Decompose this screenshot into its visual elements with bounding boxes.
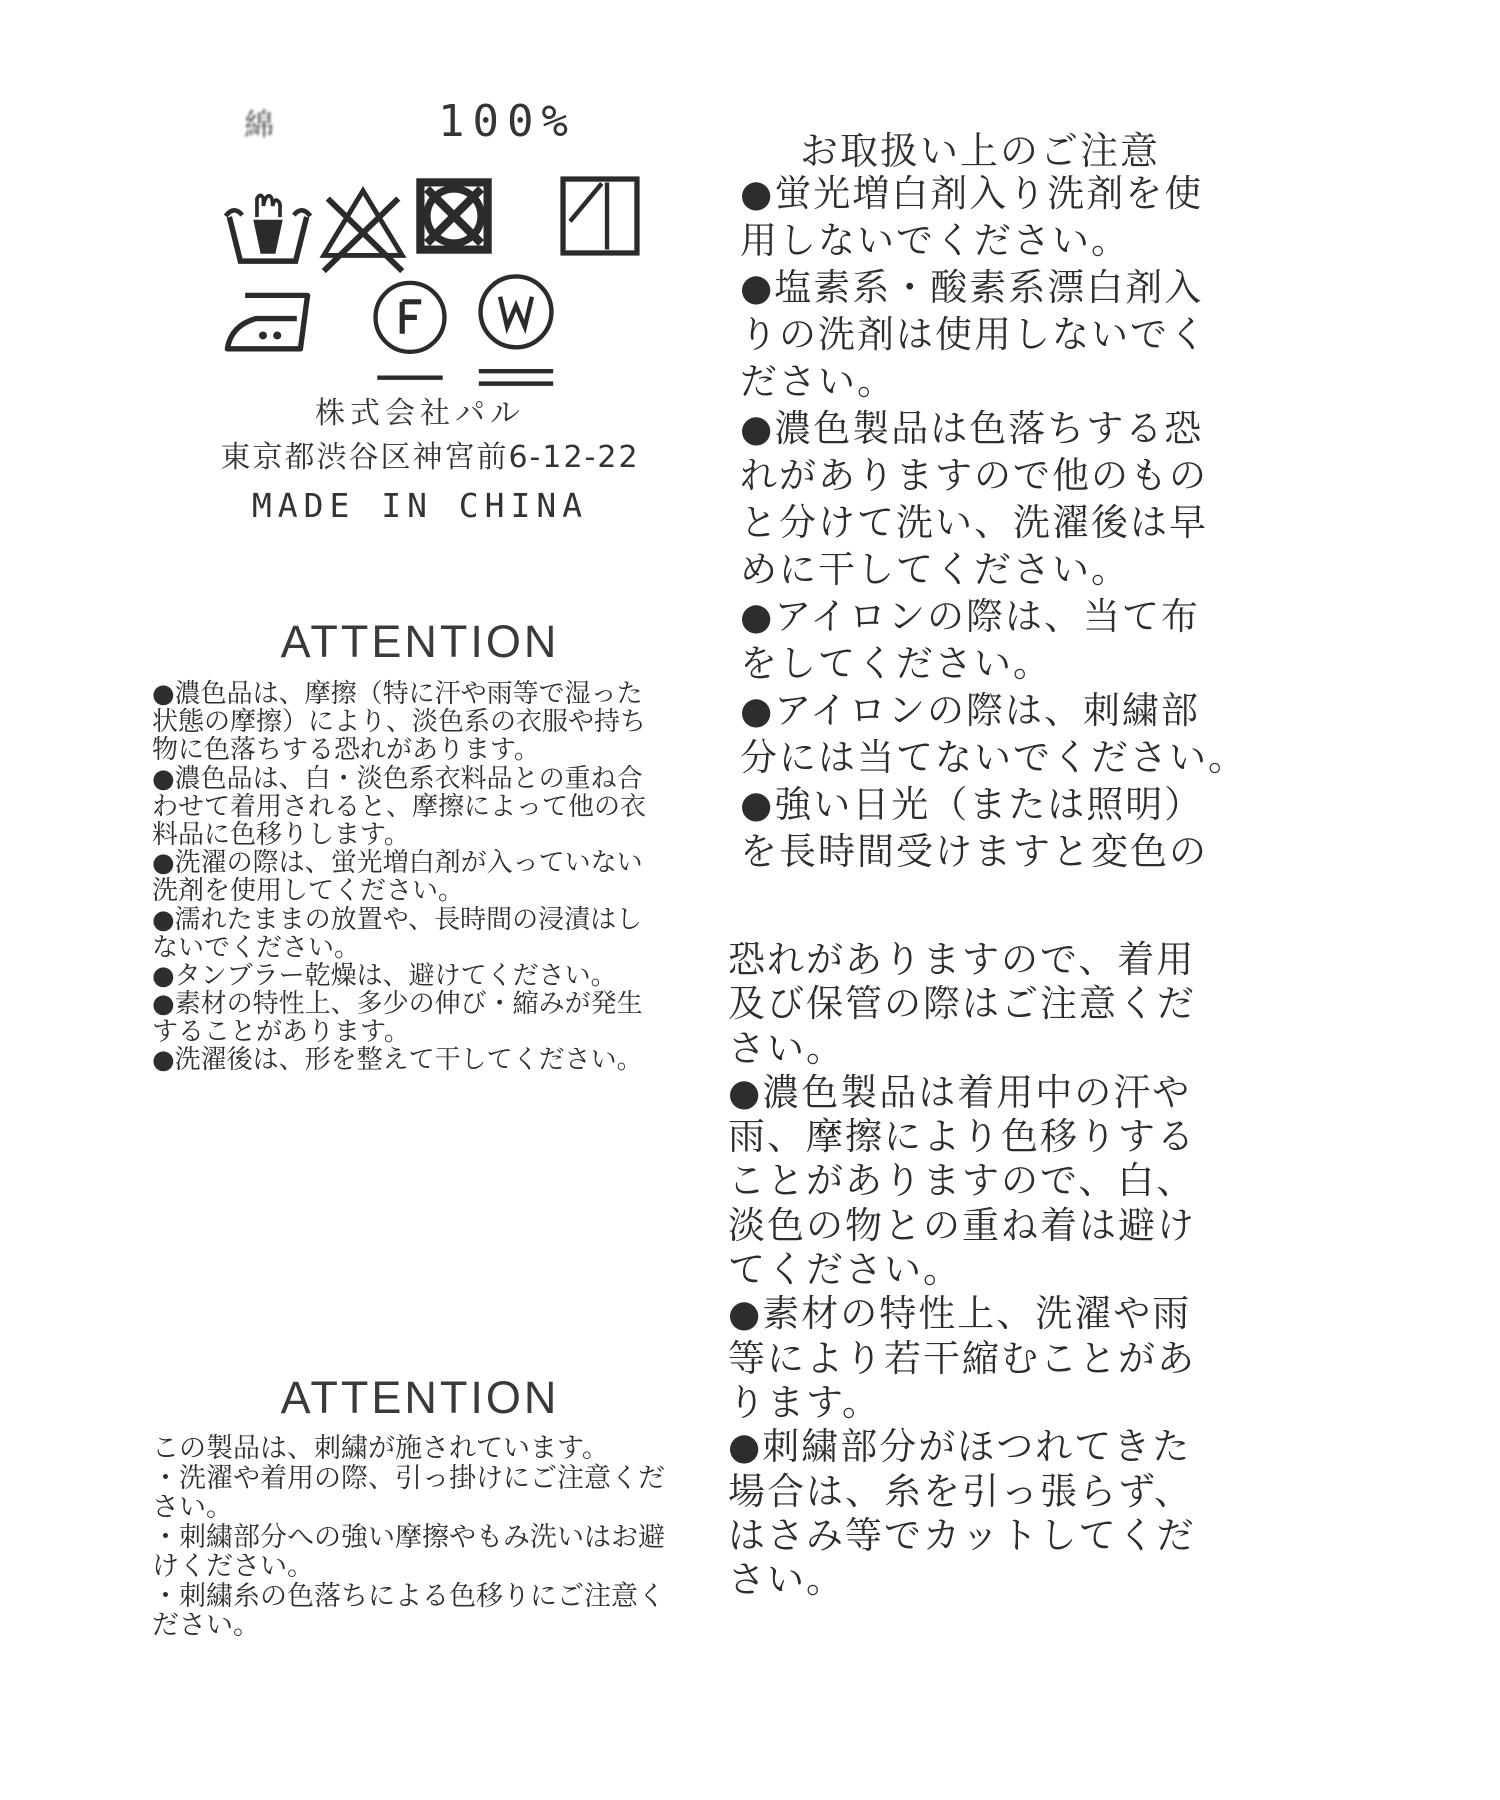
text-line: 淡色の物との重ね着は避け <box>728 1204 1268 1248</box>
do-not-tumble-dry-icon <box>413 172 495 260</box>
do-not-bleach-icon <box>313 177 413 275</box>
hand-wash-icon <box>222 175 314 270</box>
wet-clean-very-gentle-icon <box>468 272 564 396</box>
text-line: さい。 <box>152 1493 712 1523</box>
text-line: ●素材の特性上、多少の伸び・縮みが発生 <box>152 990 712 1018</box>
fiber-name: 綿 <box>244 100 274 144</box>
text-line: りの洗剤は使用しないでく <box>740 311 1280 358</box>
text-line: ●濡れたままの放置や、長時間の浸漬はし <box>152 906 712 934</box>
text-line: 物に色落ちする恐れがあります。 <box>152 736 712 764</box>
country-of-origin: MADE IN CHINA <box>150 486 690 525</box>
fiber-percent: 100% <box>438 96 576 147</box>
text-line: 及び保管の際はご注意くだ <box>728 982 1268 1026</box>
text-line: ・刺繍部分への強い摩擦やもみ洗いはお避 <box>152 1523 712 1553</box>
text-line: ・刺繍糸の色落ちによる色移りにご注意く <box>152 1582 712 1612</box>
text-line: さい。 <box>728 1027 1268 1071</box>
dry-clean-petroleum-gentle-icon <box>366 276 454 388</box>
text-line: をしてください。 <box>740 640 1280 687</box>
line-dry-in-shade-icon <box>556 172 644 260</box>
text-line: 場合は、糸を引っ張らず、 <box>728 1470 1268 1514</box>
text-line: ●蛍光増白剤入り洗剤を使 <box>740 170 1280 217</box>
text-line: と分けて洗い、洗濯後は早 <box>740 499 1280 546</box>
attention1-title: ATTENTION <box>150 616 690 668</box>
company-address: 東京都渋谷区神宮前6-12-22 <box>150 432 710 476</box>
text-line: ●アイロンの際は、刺繍部 <box>740 687 1280 734</box>
text-line: ださい。 <box>740 358 1280 405</box>
attention1-body: ●濃色品は、摩擦（特に汗や雨等で湿った状態の摩擦）により、淡色系の衣服や持ち物に… <box>152 680 712 1075</box>
iron-two-dots-icon <box>222 282 320 364</box>
text-line: てください。 <box>728 1248 1268 1292</box>
text-line: ことがありますので、白、 <box>728 1159 1268 1203</box>
text-line: を長時間受けますと変色の <box>740 828 1280 875</box>
text-line: ●アイロンの際は、当て布 <box>740 593 1280 640</box>
company-name: 株式会社パル <box>150 396 690 432</box>
care-label-scan: 綿 100% <box>0 0 1500 1800</box>
text-line: ●濃色製品は色落ちする恐 <box>740 405 1280 452</box>
text-line: ・洗濯や着用の際、引っ掛けにご注意くだ <box>152 1464 712 1494</box>
text-line: 料品に色移りします。 <box>152 821 712 849</box>
text-line: ないでください。 <box>152 934 712 962</box>
text-line: 用しないでください。 <box>740 217 1280 264</box>
text-line: ●塩素系・酸素系漂白剤入 <box>740 264 1280 311</box>
text-line: することがあります。 <box>152 1018 712 1046</box>
text-line: ださい。 <box>152 1611 712 1641</box>
text-line: ●濃色品は、摩擦（特に汗や雨等で湿った <box>152 680 712 708</box>
text-line: ●素材の特性上、洗濯や雨 <box>728 1292 1268 1336</box>
text-line: 洗剤を使用してください。 <box>152 877 712 905</box>
text-line: 雨、摩擦により色移りする <box>728 1115 1268 1159</box>
attention2-body: この製品は、刺繍が施されています。・洗濯や着用の際、引っ掛けにご注意ください。・… <box>152 1434 712 1641</box>
text-line: ります。 <box>728 1381 1268 1425</box>
text-line: ●濃色製品は着用中の汗や <box>728 1071 1268 1115</box>
handling-block2: 恐れがありますので、着用及び保管の際はご注意ください。●濃色製品は着用中の汗や雨… <box>728 938 1268 1602</box>
text-line: はさみ等でカットしてくだ <box>728 1514 1268 1558</box>
text-line: わせて着用されると、摩擦によって他の衣 <box>152 793 712 821</box>
handling-block1: ●蛍光増白剤入り洗剤を使用しないでください。●塩素系・酸素系漂白剤入りの洗剤は使… <box>740 170 1280 875</box>
text-line: めに干してください。 <box>740 546 1280 593</box>
text-line: この製品は、刺繍が施されています。 <box>152 1434 712 1464</box>
text-line: ●濃色品は、白・淡色系衣料品との重ね合 <box>152 765 712 793</box>
text-line: 状態の摩擦）により、淡色系の衣服や持ち <box>152 708 712 736</box>
text-line: 等により若干縮むことがあ <box>728 1337 1268 1381</box>
text-line: ●タンブラー乾燥は、避けてください。 <box>152 962 712 990</box>
text-line: ●洗濯後は、形を整えて干してください。 <box>152 1046 712 1074</box>
text-line: ●洗濯の際は、蛍光増白剤が入っていない <box>152 849 712 877</box>
text-line: 分には当てないでください。 <box>740 734 1280 781</box>
text-line: れがありますので他のもの <box>740 452 1280 499</box>
handling-title: お取扱い上のご注意 <box>740 120 1220 175</box>
attention2-title: ATTENTION <box>150 1372 690 1424</box>
text-line: けください。 <box>152 1552 712 1582</box>
text-line: 恐れがありますので、着用 <box>728 938 1268 982</box>
text-line: ●強い日光（または照明） <box>740 781 1280 828</box>
text-line: ●刺繍部分がほつれてきた <box>728 1425 1268 1469</box>
text-line: さい。 <box>728 1558 1268 1602</box>
